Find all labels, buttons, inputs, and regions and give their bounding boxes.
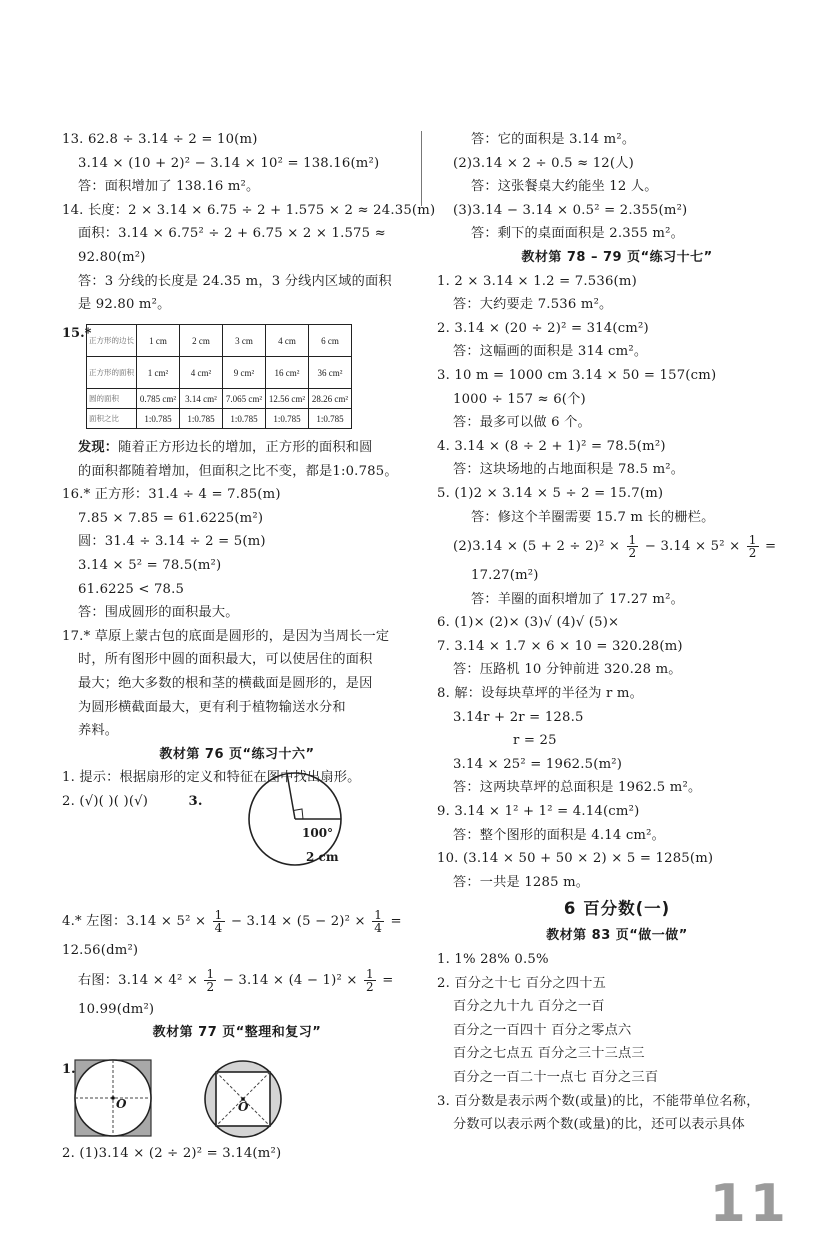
- s76-q2: 2. (√)( )( )(√) 3.: [62, 790, 412, 814]
- frac-den: 4: [213, 922, 225, 934]
- q16-answer: 答：围成圆形的面积最大。: [62, 601, 412, 625]
- fraction: 14: [372, 909, 384, 934]
- table-row: 圆的面积 0.785 cm² 3.14 cm² 7.065 cm² 12.56 …: [87, 389, 352, 409]
- frac-den: 2: [204, 981, 216, 993]
- section78-heading: 教材第 78 – 79 页“练习十七”: [437, 246, 797, 270]
- fraction: 12: [364, 968, 376, 993]
- table-cell: 4 cm: [266, 325, 309, 357]
- s76-q3-label: 3.: [189, 794, 203, 809]
- finding-label: 发现：: [78, 440, 118, 455]
- table-cell: 36 cm²: [309, 357, 352, 389]
- table-cell: 7.065 cm²: [223, 389, 266, 409]
- table-cell: 16 cm²: [266, 357, 309, 389]
- s78-q6: 6. (1)× (2)× (3)√ (4)√ (5)×: [437, 611, 797, 635]
- table-cell: 1:0.785: [180, 409, 223, 429]
- s83-q3b: 分数可以表示两个数(或量)的比，还可以表示具体: [437, 1113, 797, 1137]
- q4-left-result: 12.56(dm²): [62, 939, 412, 963]
- s76-q1: 1. 提示：根据扇形的定义和特征在图中找出扇形。: [62, 766, 412, 790]
- s78-q8: 8. 解：设每块草坪的半径为 r m。: [437, 682, 797, 706]
- q13-answer: 答：面积增加了 138.16 m²。: [62, 175, 412, 199]
- s76-q2-text: 2. (√)( )( )(√): [62, 794, 148, 809]
- q4-left-mid: − 3.14 × (5 − 2)² ×: [231, 914, 366, 929]
- q17-line3: 最大；绝大多数的根和茎的横截面是圆形的，是因: [62, 672, 412, 696]
- equals: =: [382, 973, 393, 988]
- s78-a1: 答：大约要走 7.536 m²。: [437, 293, 797, 317]
- s78-a7: 答：压路机 10 分钟前进 320.28 m。: [437, 658, 797, 682]
- table-cell: 9 cm²: [223, 357, 266, 389]
- frac-den: 2: [747, 547, 759, 559]
- table-cell: 1:0.785: [309, 409, 352, 429]
- s78-a2: 答：这幅画的面积是 314 cm²。: [437, 340, 797, 364]
- q16-line3: 圆：31.4 ÷ 3.14 ÷ 2 = 5(m): [62, 530, 412, 554]
- q13-line2: 3.14 × (10 + 2)² − 3.14 × 10² = 138.16(m…: [62, 152, 412, 176]
- s78-q10: 10. (3.14 × 50 + 50 × 2) × 5 = 1285(m): [437, 847, 797, 871]
- q5-2-mid: − 3.14 × 5² ×: [645, 539, 741, 554]
- equals: =: [390, 914, 401, 929]
- q15-finding1: 发现：随着正方形边长的增加，正方形的面积和圆: [62, 436, 412, 460]
- table-cell: 28.26 cm²: [309, 389, 352, 409]
- cont-a1: 答：它的面积是 3.14 m²。: [437, 128, 797, 152]
- s78-a10: 答：一共是 1285 m。: [437, 871, 797, 895]
- left-column-lower: 发现：随着正方形边长的增加，正方形的面积和圆 的面积都随着增加，但面积之比不变，…: [62, 436, 412, 814]
- s78-q3b: 1000 ÷ 157 ≈ 6(个): [437, 388, 797, 412]
- frac-num: 1: [364, 968, 376, 981]
- s77-q2-block: 2. (1)3.14 × (2 ÷ 2)² = 3.14(m²): [62, 1142, 412, 1166]
- q17-line2: 时，所有图形中圆的面积最大，可以使居住的面积: [62, 648, 412, 672]
- row-header: 正方形的边长: [87, 325, 137, 357]
- s78-a4: 答：这块场地的占地面积是 78.5 m²。: [437, 458, 797, 482]
- q13-line1: 13. 62.8 ÷ 3.14 ÷ 2 = 10(m): [62, 128, 412, 152]
- frac-num: 1: [204, 968, 216, 981]
- row-header: 圆的面积: [87, 389, 137, 409]
- q4-left-line: 4.* 左图：3.14 × 5² × 14 − 3.14 × (5 − 2)² …: [62, 904, 412, 939]
- q14-answer2: 是 92.80 m²。: [62, 293, 412, 317]
- q17-line5: 养料。: [62, 719, 412, 743]
- s78-q8d: 3.14 × 25² = 1962.5(m²): [437, 753, 797, 777]
- q17-line4: 为圆形横截面最大，更有利于植物输送水分和: [62, 696, 412, 720]
- s83-q2c: 百分之一百四十 百分之零点六: [437, 1019, 797, 1043]
- q16-line2: 7.85 × 7.85 = 61.6225(m²): [62, 507, 412, 531]
- table-cell: 2 cm: [180, 325, 223, 357]
- sector-angle-label: 100°: [302, 826, 333, 840]
- q17-line1: 17.* 草原上蒙古包的底面是圆形的，是因为当周长一定: [62, 625, 412, 649]
- section76-heading: 教材第 76 页“练习十六”: [62, 743, 412, 767]
- center-label-o: O: [238, 1100, 248, 1114]
- table-cell: 1:0.785: [223, 409, 266, 429]
- s78-q7: 7. 3.14 × 1.7 × 6 × 10 = 320.28(m): [437, 635, 797, 659]
- s78-q5-2-result: 17.27(m²): [437, 564, 797, 588]
- cont-a3: 答：剩下的桌面面积是 2.355 m²。: [437, 222, 797, 246]
- s78-q8c: r = 25: [437, 729, 797, 753]
- table-row: 面积之比 1:0.785 1:0.785 1:0.785 1:0.785 1:0…: [87, 409, 352, 429]
- s78-a5-2: 答：羊圈的面积增加了 17.27 m²。: [437, 588, 797, 612]
- table-cell: 1 cm²: [137, 357, 180, 389]
- fraction: 12: [747, 534, 759, 559]
- s78-q5-2: (2)3.14 × (5 + 2 ÷ 2)² × 12 − 3.14 × 5² …: [437, 529, 797, 564]
- table-cell: 0.785 cm²: [137, 389, 180, 409]
- q14-line2: 面积：3.14 × 6.75² ÷ 2 + 6.75 × 2 × 1.575 ≈: [62, 222, 412, 246]
- s83-q2e: 百分之一百二十一点七 百分之三百: [437, 1066, 797, 1090]
- table-cell: 4 cm²: [180, 357, 223, 389]
- table-cell: 3.14 cm²: [180, 389, 223, 409]
- fraction: 12: [204, 968, 216, 993]
- row-header: 正方形的面积: [87, 357, 137, 389]
- table-cell: 1 cm: [137, 325, 180, 357]
- frac-den: 4: [372, 922, 384, 934]
- q16-line5: 61.6225 < 78.5: [62, 578, 412, 602]
- q14-answer1: 答：3 分线的长度是 24.35 m，3 分线内区域的面积: [62, 270, 412, 294]
- cont-q2: (2)3.14 × 2 ÷ 0.5 ≈ 12(人): [437, 152, 797, 176]
- s78-q2: 2. 3.14 × (20 ÷ 2)² = 314(cm²): [437, 317, 797, 341]
- s78-q3: 3. 10 m = 1000 cm 3.14 × 50 = 157(cm): [437, 364, 797, 388]
- chapter6-title: 6 百分数(一): [437, 894, 797, 924]
- table-row: 正方形的面积 1 cm² 4 cm² 9 cm² 16 cm² 36 cm²: [87, 357, 352, 389]
- s83-q2a: 2. 百分之十七 百分之四十五: [437, 972, 797, 996]
- table-cell: 3 cm: [223, 325, 266, 357]
- center-label-o: O: [116, 1097, 126, 1111]
- s78-q4: 4. 3.14 × (8 ÷ 2 + 1)² = 78.5(m²): [437, 435, 797, 459]
- table-row: 正方形的边长 1 cm 2 cm 3 cm 4 cm 6 cm: [87, 325, 352, 357]
- row-header: 面积之比: [87, 409, 137, 429]
- s78-q1: 1. 2 × 3.14 × 1.2 = 7.536(m): [437, 270, 797, 294]
- finding-text: 随着正方形边长的增加，正方形的面积和圆: [118, 440, 372, 455]
- s77-q2-1: 2. (1)3.14 × (2 ÷ 2)² = 3.14(m²): [62, 1142, 412, 1166]
- q16-line4: 3.14 × 5² = 78.5(m²): [62, 554, 412, 578]
- q4-right-mid: − 3.14 × (4 − 1)² ×: [223, 973, 358, 988]
- frac-den: 2: [627, 547, 639, 559]
- s78-q8b: 3.14r + 2r = 128.5: [437, 706, 797, 730]
- q4-right-result: 10.99(dm²): [62, 998, 412, 1022]
- s78-q5-1: 5. (1)2 × 3.14 × 5 ÷ 2 = 15.7(m): [437, 482, 797, 506]
- column-divider: [421, 131, 422, 206]
- fraction: 12: [627, 534, 639, 559]
- section77-heading: 教材第 77 页“整理和复习”: [62, 1021, 412, 1045]
- s78-a8: 答：这两块草坪的总面积是 1962.5 m²。: [437, 776, 797, 800]
- cont-a2: 答：这张餐桌大约能坐 12 人。: [437, 175, 797, 199]
- q4-right-line: 右图：3.14 × 4² × 12 − 3.14 × (4 − 1)² × 12…: [62, 963, 412, 998]
- q15-finding2: 的面积都随着增加，但面积之比不变，都是1:0.785。: [62, 460, 412, 484]
- s78-a5-1: 答：修这个羊圈需要 15.7 m 长的栅栏。: [437, 506, 797, 530]
- frac-den: 2: [364, 981, 376, 993]
- s83-q2b: 百分之九十九 百分之一百: [437, 995, 797, 1019]
- q4-left-label: 4.* 左图：3.14 × 5² ×: [62, 914, 206, 929]
- page-number: 11: [710, 1174, 790, 1234]
- s78-q9: 9. 3.14 × 1² + 1² = 4.14(cm²): [437, 800, 797, 824]
- s83-q3a: 3. 百分数是表示两个数(或量)的比，不能带单位名称，: [437, 1090, 797, 1114]
- section83-heading: 教材第 83 页“做一做”: [437, 924, 797, 948]
- q5-2-start: (2)3.14 × (5 + 2 ÷ 2)² ×: [453, 539, 620, 554]
- left-column: 13. 62.8 ÷ 3.14 ÷ 2 = 10(m) 3.14 × (10 +…: [62, 128, 412, 317]
- circle-in-square-figure: [74, 1059, 154, 1139]
- q16-line1: 16.* 正方形：31.4 ÷ 4 = 7.85(m): [62, 483, 412, 507]
- q4-right-label: 右图：3.14 × 4² ×: [78, 973, 198, 988]
- q14-line1: 14. 长度：2 × 3.14 × 6.75 ÷ 2 + 1.575 × 2 ≈…: [62, 199, 412, 223]
- q15-table: 正方形的边长 1 cm 2 cm 3 cm 4 cm 6 cm 正方形的面积 1…: [86, 324, 352, 429]
- s83-q1: 1. 1% 28% 0.5%: [437, 948, 797, 972]
- table-cell: 6 cm: [309, 325, 352, 357]
- s83-q2d: 百分之七点五 百分之三十三点三: [437, 1042, 797, 1066]
- table-cell: 1:0.785: [266, 409, 309, 429]
- equals: =: [765, 539, 776, 554]
- table-cell: 1:0.785: [137, 409, 180, 429]
- fraction: 14: [213, 909, 225, 934]
- q4-block: 4.* 左图：3.14 × 5² × 14 − 3.14 × (5 − 2)² …: [62, 904, 412, 1045]
- square-in-circle-figure: [202, 1058, 284, 1140]
- q14-line3: 92.80(m²): [62, 246, 412, 270]
- cont-q3: (3)3.14 − 3.14 × 0.5² = 2.355(m²): [437, 199, 797, 223]
- s78-a3: 答：最多可以做 6 个。: [437, 411, 797, 435]
- table-cell: 12.56 cm²: [266, 389, 309, 409]
- sector-radius-label: 2 cm: [306, 850, 339, 864]
- s78-a9: 答：整个图形的面积是 4.14 cm²。: [437, 824, 797, 848]
- right-column: 答：它的面积是 3.14 m²。 (2)3.14 × 2 ÷ 0.5 ≈ 12(…: [437, 128, 797, 1137]
